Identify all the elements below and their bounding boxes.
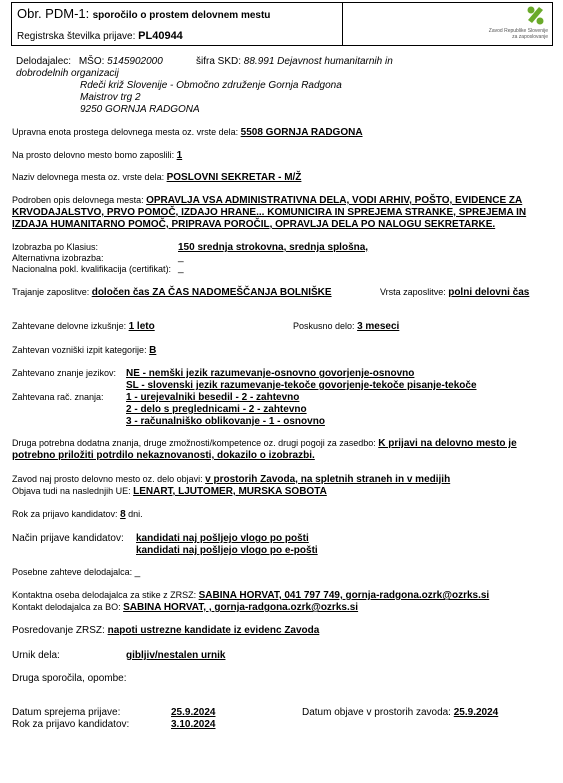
published-label: Datum objave v prostorih zavoda: bbox=[302, 707, 451, 718]
deadline-label: Rok za prijavo kandidatov: bbox=[12, 509, 118, 519]
contact-label: Kontaktna oseba delodajalca za stike z Z… bbox=[12, 590, 196, 600]
publish-label: Zavod naj prosto delovno mesto oz. delo … bbox=[12, 474, 203, 484]
apply-method-item: kandidati naj pošljejo vlogo po pošti bbox=[136, 533, 309, 544]
ue-also-label: Objava tudi na naslednjih UE: bbox=[12, 486, 131, 496]
schedule-label: Urnik dela: bbox=[12, 650, 60, 661]
mediation-row: Posredovanje ZRSZ: napoti ustrezne kandi… bbox=[12, 625, 319, 636]
employer-row: Delodajalec: MŠO: 5145902000 bbox=[16, 56, 163, 67]
type-row: Vrsta zaposlitve: polni delovni čas bbox=[380, 287, 529, 298]
npk-value: _ bbox=[178, 263, 184, 274]
license-row: Zahtevan vozniški izpit kategorije: B bbox=[12, 345, 156, 356]
npk-label: Nacionalna pokl. kvalifikacija (certifik… bbox=[12, 264, 171, 274]
header-title-cell: Obr. PDM-1: sporočilo o prostem delovnem… bbox=[12, 3, 343, 45]
form-code: Obr. PDM-1: bbox=[17, 6, 89, 21]
contact-bo-value: SABINA HORVAT, , gornja-radgona.ozrk@ozr… bbox=[123, 602, 358, 613]
special-label: Posebne zahteve delodajalca: bbox=[12, 567, 132, 577]
contact-bo-row: Kontakt delodajalca za BO: SABINA HORVAT… bbox=[12, 602, 358, 613]
special-row: Posebne zahteve delodajalca: _ bbox=[12, 567, 140, 578]
edu-value: 150 srednja strokovna, srednja splošna, bbox=[178, 242, 368, 253]
exp-value: 1 leto bbox=[129, 321, 155, 332]
computer-skill-item: 2 - delo s preglednicami - 2 - zahtevno bbox=[126, 404, 307, 415]
publish-value: v prostorih Zavoda, na spletnih straneh … bbox=[205, 474, 450, 485]
job-title-value: POSLOVNI SEKRETAR - M/Ž bbox=[167, 172, 302, 183]
trial-label: Poskusno delo: bbox=[293, 321, 355, 331]
duration-value: določen čas ZA ČAS NADOMEŠČANJA BOLNIŠKE bbox=[92, 287, 332, 298]
lang-label: Zahtevano znanje jezikov: bbox=[12, 368, 116, 378]
alt-edu-label: Alternativna izobrazba: bbox=[12, 253, 104, 263]
deadline-unit: dni. bbox=[128, 509, 143, 519]
computer-skill-item: 3 - računalniško oblikovanje - 1 - osnov… bbox=[126, 416, 325, 427]
apply-method-item: kandidati naj pošljejo vlogo po e-pošti bbox=[136, 545, 318, 556]
received-value: 25.9.2024 bbox=[171, 707, 216, 718]
form-title-text: sporočilo o prostem delovnem mestu bbox=[93, 10, 271, 21]
desc-line-1: OPRAVLJA VSA ADMINISTRATIVNA DELA, VODI … bbox=[146, 195, 522, 206]
contact-row: Kontaktna oseba delodajalca za stike z Z… bbox=[12, 590, 489, 601]
skd-value: 88.991 Dejavnost humanitarnih in bbox=[244, 56, 393, 67]
edu-label: Izobrazba po Klasius: bbox=[12, 242, 98, 252]
zrsz-logo-icon bbox=[524, 6, 546, 26]
mediation-label: Posredovanje ZRSZ: bbox=[12, 625, 105, 636]
mso-value: 5145902000 bbox=[107, 56, 163, 67]
reg-value: PL40944 bbox=[138, 30, 183, 42]
apply-label: Način prijave kandidatov: bbox=[12, 533, 124, 544]
type-value: polni delovni čas bbox=[448, 287, 529, 298]
skd-row: šifra SKD: 88.991 Dejavnost humanitarnih… bbox=[196, 56, 393, 67]
deadline-row: Rok za prijavo kandidatov: 8 dni. bbox=[12, 509, 143, 520]
license-value: B bbox=[149, 345, 156, 356]
language-item: NE - nemški jezik razumevanje-osnovno go… bbox=[126, 368, 414, 379]
desc-label: Podroben opis delovnega mesta: bbox=[12, 195, 144, 205]
ue-label: Upravna enota prostega delovnega mesta o… bbox=[12, 127, 238, 137]
ue-row: Upravna enota prostega delovnega mesta o… bbox=[12, 127, 363, 138]
skd-label: šifra SKD: bbox=[196, 56, 241, 67]
published-row: Datum objave v prostorih zavoda: 25.9.20… bbox=[302, 707, 498, 718]
mediation-value: napoti ustrezne kandidate iz evidenc Zav… bbox=[108, 625, 320, 636]
mso-label: MŠO: bbox=[79, 56, 105, 67]
computer-skill-item: 1 - urejevalniki besedil - 2 - zahtevno bbox=[126, 392, 299, 403]
job-title-label: Naziv delovnega mesta oz. vrste dela: bbox=[12, 172, 164, 182]
license-label: Zahtevan vozniški izpit kategorije: bbox=[12, 345, 147, 355]
employer-street: Maistrov trg 2 bbox=[80, 92, 141, 103]
ue-also-value: LENART, LJUTOMER, MURSKA SOBOTA bbox=[133, 486, 327, 497]
received-label: Datum sprejema prijave: bbox=[12, 707, 120, 718]
ue-value: 5508 GORNJA RADGONA bbox=[241, 127, 363, 138]
other-row: Druga potrebna dodatna znanja, druge zmo… bbox=[12, 438, 517, 449]
trial-row: Poskusno delo: 3 meseci bbox=[293, 321, 399, 332]
count-value: 1 bbox=[177, 150, 183, 161]
form-header: Obr. PDM-1: sporočilo o prostem delovnem… bbox=[11, 2, 553, 46]
contact-bo-label: Kontakt delodajalca za BO: bbox=[12, 602, 121, 612]
deadline-date-value: 3.10.2024 bbox=[171, 719, 216, 730]
duration-label: Trajanje zaposlitve: bbox=[12, 287, 89, 297]
deadline-value: 8 bbox=[120, 509, 126, 520]
schedule-value: gibljiv/nestalen urnik bbox=[126, 650, 225, 661]
deadline-date-label: Rok za prijavo kandidatov: bbox=[12, 719, 129, 730]
desc-line-2: KRVODAJALSTVO, PRVO POMOČ, IZDAJO HRANE.… bbox=[12, 207, 526, 218]
other-value-1: K prijavi na delovno mesto je bbox=[378, 438, 516, 449]
alt-edu-value: _ bbox=[178, 252, 184, 263]
reg-label: Registrska številka prijave: bbox=[17, 31, 135, 42]
logo-text: Zavod Republike Slovenije za zaposlovanj… bbox=[489, 28, 548, 40]
count-label: Na prosto delovno mesto bomo zaposlili: bbox=[12, 150, 174, 160]
skd-continuation: dobrodelnih organizacij bbox=[16, 68, 119, 79]
other-label: Druga potrebna dodatna znanja, druge zmo… bbox=[12, 438, 376, 448]
notes-label: Druga sporočila, opombe: bbox=[12, 673, 127, 684]
exp-label: Zahtevane delovne izkušnje: bbox=[12, 321, 126, 331]
comp-label: Zahtevana rač. znanja: bbox=[12, 392, 104, 402]
exp-row: Zahtevane delovne izkušnje: 1 leto bbox=[12, 321, 155, 332]
language-item: SL - slovenski jezik razumevanje-tekoče … bbox=[126, 380, 477, 391]
duration-row: Trajanje zaposlitve: določen čas ZA ČAS … bbox=[12, 287, 332, 298]
type-label: Vrsta zaposlitve: bbox=[380, 287, 446, 297]
employer-name: Rdeči križ Slovenije - Območno združenje… bbox=[80, 80, 342, 91]
special-value: _ bbox=[135, 567, 141, 578]
publish-row: Zavod naj prosto delovno mesto oz. delo … bbox=[12, 474, 450, 485]
count-row: Na prosto delovno mesto bomo zaposlili: … bbox=[12, 150, 182, 161]
other-value-2: potrebno priložiti potrdilo nekaznovanos… bbox=[12, 450, 315, 461]
employer-label: Delodajalec: bbox=[16, 56, 71, 67]
published-value: 25.9.2024 bbox=[454, 707, 499, 718]
title-row: Naziv delovnega mesta oz. vrste dela: PO… bbox=[12, 172, 301, 183]
registration-number: Registrska številka prijave: PL40944 bbox=[17, 30, 183, 42]
employer-city: 9250 GORNJA RADGONA bbox=[80, 104, 200, 115]
trial-value: 3 meseci bbox=[357, 321, 399, 332]
form-title: Obr. PDM-1: sporočilo o prostem delovnem… bbox=[17, 6, 270, 21]
desc-line-3: IZDAJA HUMANITARNO POMOČ, PRIPRAVA POROČ… bbox=[12, 219, 495, 230]
ue-also-row: Objava tudi na naslednjih UE: LENART, LJ… bbox=[12, 486, 327, 497]
desc-row: Podroben opis delovnega mesta: OPRAVLJA … bbox=[12, 195, 522, 206]
contact-value: SABINA HORVAT, 041 797 749, gornja-radgo… bbox=[199, 590, 490, 601]
